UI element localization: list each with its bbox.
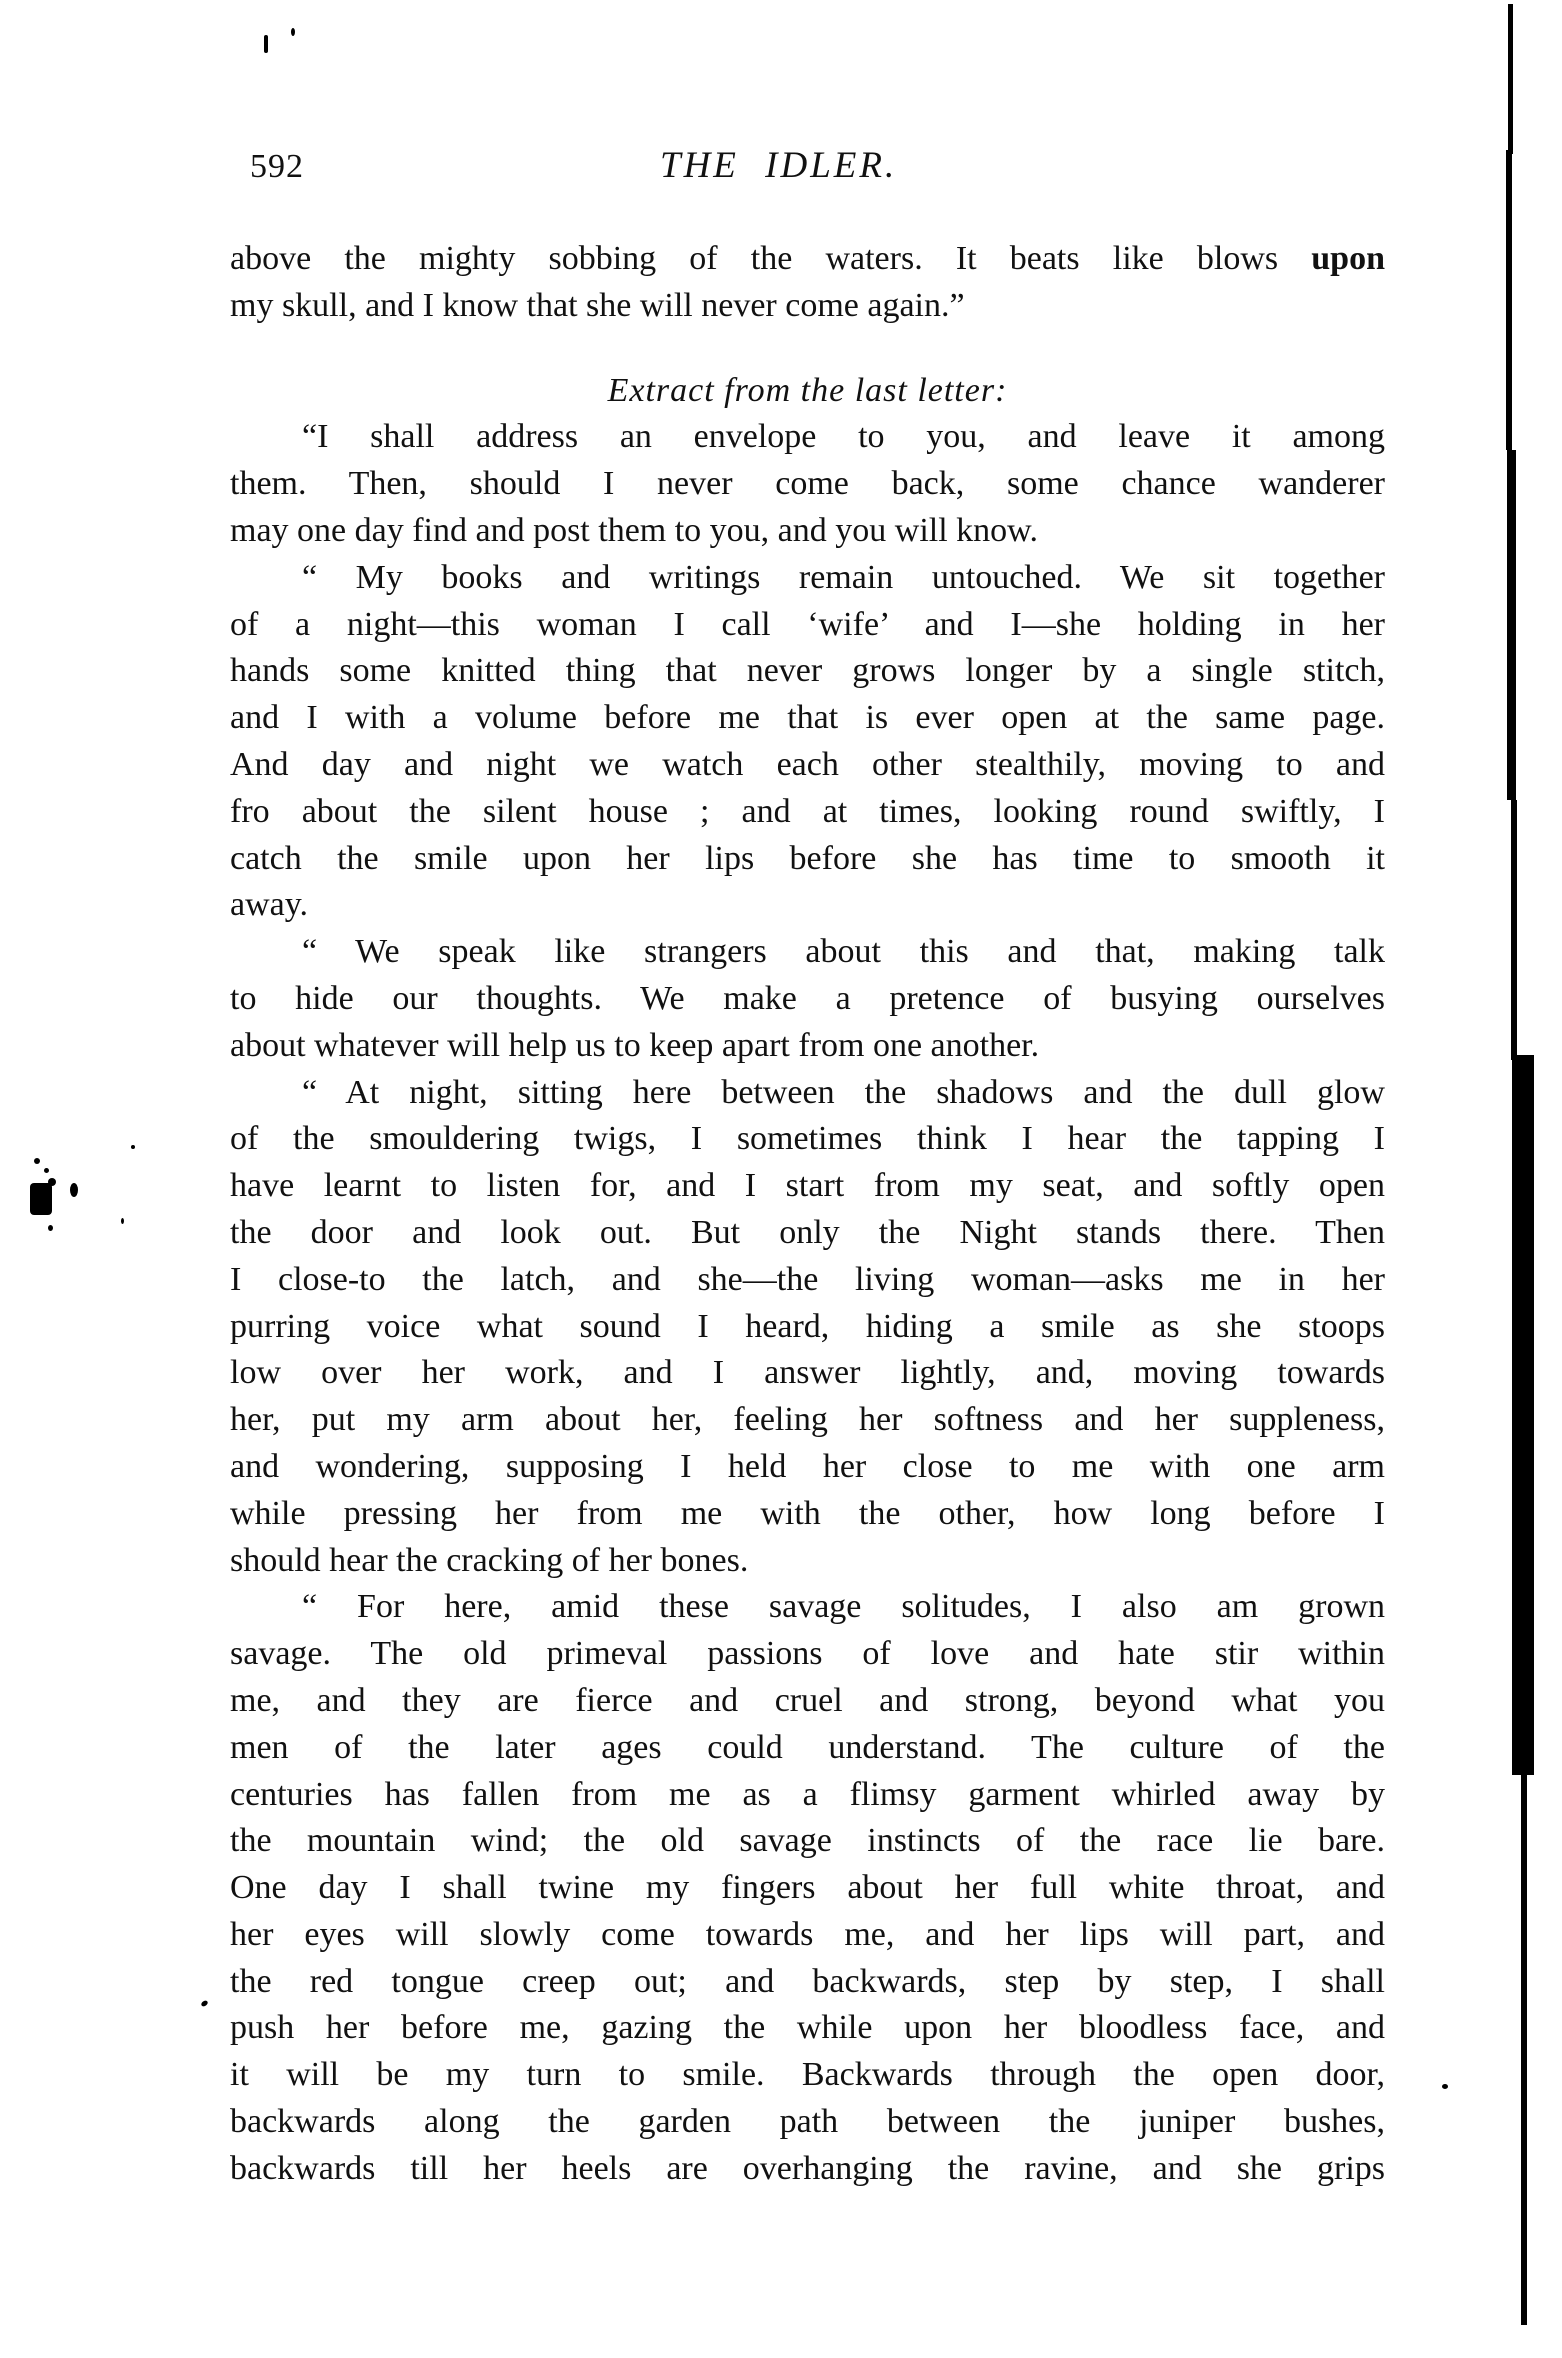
scan-artifact	[48, 1225, 53, 1231]
page-edge-rule-upper	[1506, 150, 1512, 450]
text-line: while pressing her from me with the othe…	[230, 1491, 1385, 1538]
text-line: hands some knitted thing that never grow…	[230, 648, 1385, 695]
scan-artifact	[200, 1999, 209, 2007]
section-heading: Extract from the last letter:	[230, 368, 1385, 415]
text-line: the red tongue creep out; and backwards,…	[230, 1959, 1385, 2006]
page-edge-rule-mid	[1507, 450, 1516, 800]
text-line: away.	[230, 882, 1385, 929]
scan-artifact	[121, 1218, 124, 1224]
text-line: I close-to the latch, and she—the living…	[230, 1257, 1385, 1304]
text-line: One day I shall twine my fingers about h…	[230, 1865, 1385, 1912]
scan-artifact	[30, 1183, 52, 1215]
text-line: to hide our thoughts. We make a pretence…	[230, 976, 1385, 1023]
scan-artifact	[131, 1145, 135, 1149]
text-line: catch the smile upon her lips before she…	[230, 836, 1385, 883]
text-line: the door and look out. But only the Nigh…	[230, 1210, 1385, 1257]
text-line: and wondering, supposing I held her clos…	[230, 1444, 1385, 1491]
text-line: push her before me, gazing the while upo…	[230, 2005, 1385, 2052]
page-edge-rule-bottom	[1521, 1775, 1527, 2325]
paragraph-start-line: “ We speak like strangers about this and…	[230, 929, 1385, 976]
text-line: and I with a volume before me that is ev…	[230, 695, 1385, 742]
scan-artifact	[291, 28, 295, 36]
text-line: above the mighty sobbing of the waters. …	[230, 236, 1385, 283]
text-line: backwards till her heels are overhanging…	[230, 2146, 1385, 2193]
page-edge-rule-lower	[1511, 800, 1517, 1060]
text-line: purring voice what sound I heard, hiding…	[230, 1304, 1385, 1351]
running-head-title: THE IDLER.	[660, 144, 897, 187]
scanned-book-page: 592 THE IDLER. above the mighty sobbing …	[0, 0, 1562, 2358]
page-edge-rule-top	[1508, 4, 1513, 154]
page-edge-thick-bar	[1512, 1055, 1534, 1775]
text-line: her eyes will slowly come towards me, an…	[230, 1912, 1385, 1959]
paragraph-start-line: “ At night, sitting here between the sha…	[230, 1070, 1385, 1117]
paragraph-start-line: “ For here, amid these savage solitudes,…	[230, 1584, 1385, 1631]
text-line: should hear the cracking of her bones.	[230, 1538, 1385, 1585]
text-line: about whatever will help us to keep apar…	[230, 1023, 1385, 1070]
bold-word: upon	[1311, 240, 1385, 277]
paragraph-start-line: “ My books and writings remain untouched…	[230, 555, 1385, 602]
scan-artifact	[1442, 2084, 1448, 2089]
text-line: the mountain wind; the old savage instin…	[230, 1818, 1385, 1865]
body-text: above the mighty sobbing of the waters. …	[230, 236, 1385, 2193]
page-number: 592	[250, 148, 304, 186]
scan-artifact	[264, 35, 268, 53]
text-line: me, and they are fierce and cruel and st…	[230, 1678, 1385, 1725]
section-gap	[230, 330, 1385, 368]
scan-artifact	[34, 1158, 40, 1164]
text-line: of the smouldering twigs, I sometimes th…	[230, 1116, 1385, 1163]
text-line: my skull, and I know that she will never…	[230, 283, 1385, 330]
text-line: of a night—this woman I call ‘wife’ and …	[230, 602, 1385, 649]
scan-artifact	[44, 1168, 49, 1173]
text-line: And day and night we watch each other st…	[230, 742, 1385, 789]
text-line: savage. The old primeval passions of lov…	[230, 1631, 1385, 1678]
text-line: may one day find and post them to you, a…	[230, 508, 1385, 555]
text-line: them. Then, should I never come back, so…	[230, 461, 1385, 508]
text-line: low over her work, and I answer lightly,…	[230, 1350, 1385, 1397]
text-line: it will be my turn to smile. Backwards t…	[230, 2052, 1385, 2099]
text-line: centuries has fallen from me as a flimsy…	[230, 1772, 1385, 1819]
text-line: have learnt to listen for, and I start f…	[230, 1163, 1385, 1210]
text-line: men of the later ages could understand. …	[230, 1725, 1385, 1772]
paragraph-start-line: “I shall address an envelope to you, and…	[230, 414, 1385, 461]
text-line: fro about the silent house ; and at time…	[230, 789, 1385, 836]
text-line: backwards along the garden path between …	[230, 2099, 1385, 2146]
scan-artifact	[70, 1183, 78, 1197]
scan-artifact	[48, 1178, 56, 1186]
text-line: her, put my arm about her, feeling her s…	[230, 1397, 1385, 1444]
